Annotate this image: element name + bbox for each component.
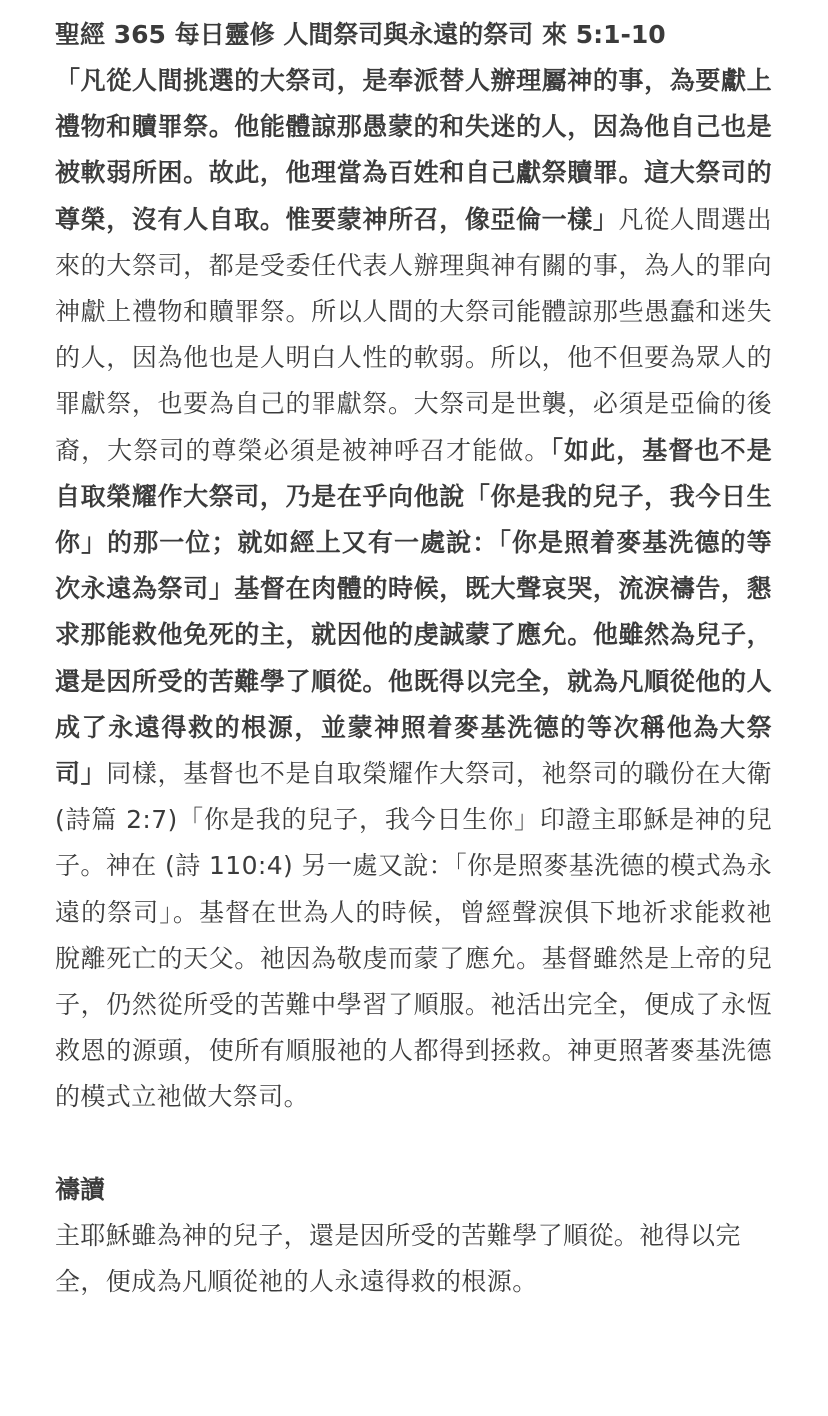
prayer-heading: 禱讀 bbox=[55, 1167, 772, 1213]
section-spacer bbox=[55, 1121, 772, 1167]
prayer-text: 主耶穌雖為神的兒子，還是因所受的苦難學了順從。祂得以完全，便成為凡順從祂的人永遠… bbox=[55, 1213, 772, 1305]
commentary-1: 凡從人間選出來的大祭司，都是受委任代表人辦理與神有關的事，為人的罪向神獻上禮物和… bbox=[55, 205, 772, 465]
scripture-quote-2: 「如此，基督也不是自取榮耀作大祭司，乃是在乎向他說「你是我的兒子，我今日生你」的… bbox=[55, 436, 772, 788]
scripture-passage: 「凡從人間挑選的大祭司，是奉派替人辦理屬神的事，為要獻上禮物和贖罪祭。他能體諒那… bbox=[55, 58, 772, 1121]
commentary-2: 同樣，基督也不是自取榮耀作大祭司，祂祭司的職份在大衛 (詩篇 2:7)「你是我的… bbox=[55, 759, 772, 1111]
devotional-title: 聖經 365 每日靈修 人間祭司與永遠的祭司 來 5:1-10 bbox=[55, 12, 772, 58]
devotional-page: 聖經 365 每日靈修 人間祭司與永遠的祭司 來 5:1-10 「凡從人間挑選的… bbox=[0, 0, 828, 1305]
